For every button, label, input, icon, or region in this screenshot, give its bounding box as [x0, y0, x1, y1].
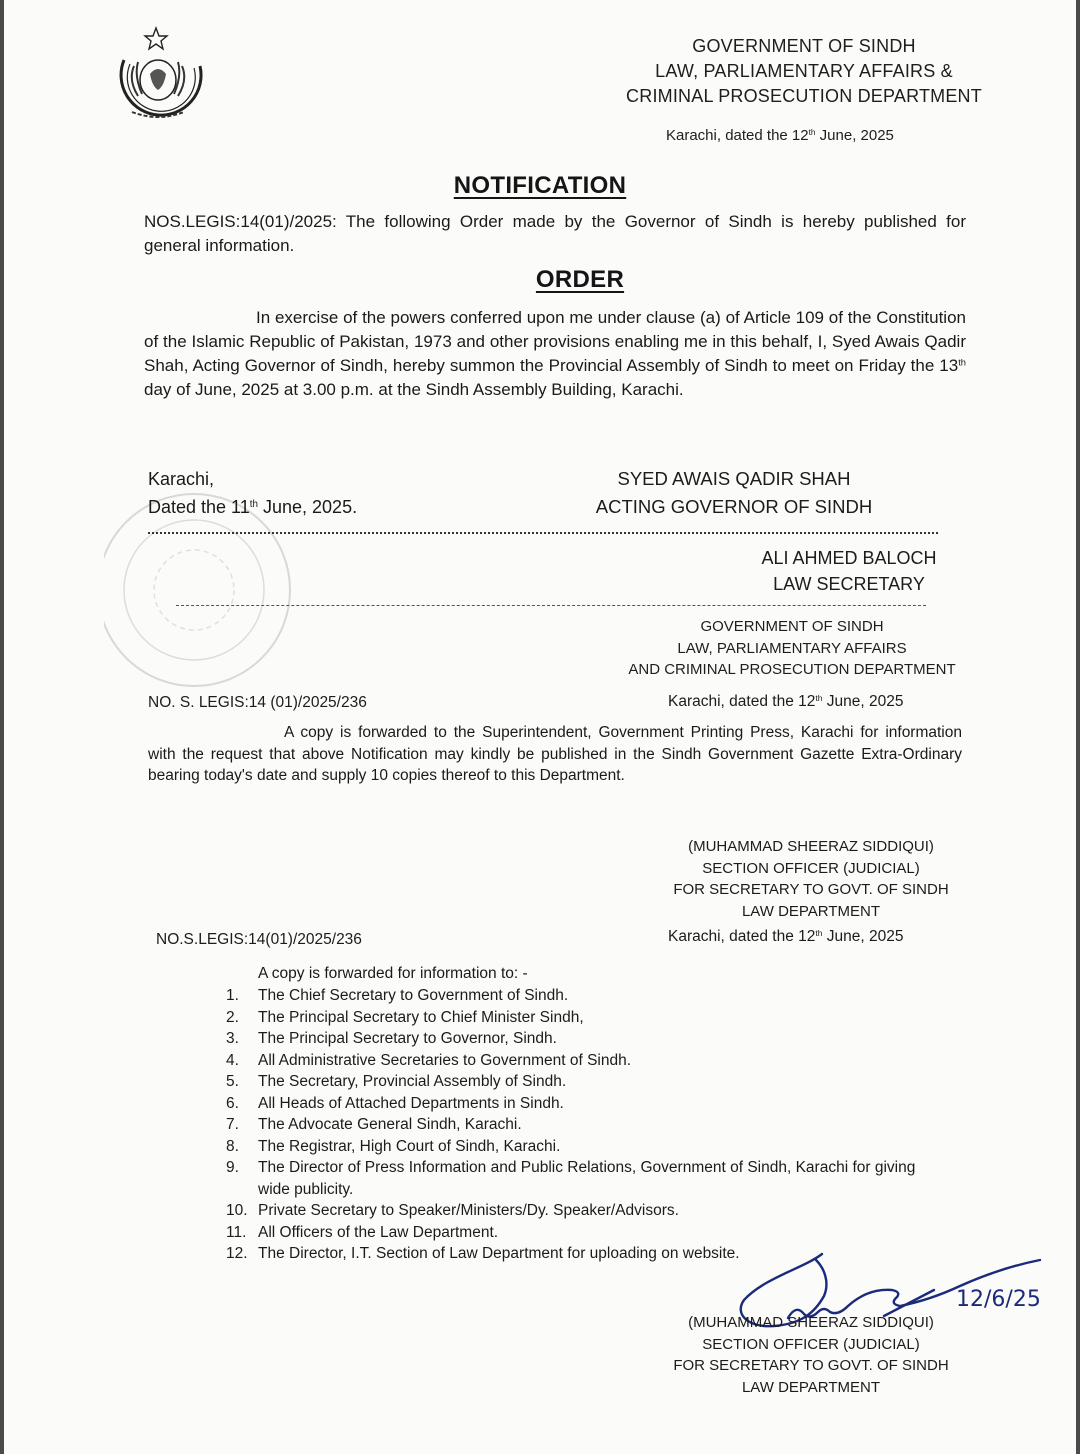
forwarding-2-ref-no: NO.S.LEGIS:14(01)/2025/236 [156, 931, 362, 949]
forwarding-1-dept: GOVERNMENT OF SINDH LAW, PARLIAMENTARY A… [604, 616, 980, 681]
governor-signature-block: SYED AWAIS QADIR SHAH ACTING GOVERNOR OF… [564, 465, 904, 521]
recipient-item: 2.The Principal Secretary to Chief Minis… [226, 1007, 946, 1029]
recipient-number: 4. [226, 1050, 239, 1072]
governor-date: Dated the 11th June, 2025. [148, 493, 357, 521]
recipient-text: The Director of Press Information and Pu… [258, 1159, 915, 1198]
document-page: GOVERNMENT OF SINDH LAW, PARLIAMENTARY A… [4, 0, 1076, 1454]
recipient-text: All Heads of Attached Departments in Sin… [258, 1095, 564, 1112]
signatory-title: SECTION OFFICER (JUDICIAL) [644, 1334, 978, 1356]
recipient-text: All Officers of the Law Department. [258, 1224, 498, 1241]
embossed-seal-stamp-icon [104, 490, 314, 700]
recipient-number: 10. [226, 1200, 248, 1222]
recipient-number: 11. [226, 1222, 246, 1244]
government-of-sindh-emblem-icon [104, 26, 214, 126]
recipient-item: 1.The Chief Secretary to Government of S… [226, 985, 946, 1007]
recipient-number: 2. [226, 1007, 239, 1029]
recipient-item: 5.The Secretary, Provincial Assembly of … [226, 1071, 946, 1093]
forwarding-1-signatory: (MUHAMMAD SHEERAZ SIDDIQUI) SECTION OFFI… [644, 836, 978, 922]
recipient-text: The Registrar, High Court of Sindh, Kara… [258, 1138, 560, 1155]
forwarding-1-paragraph: A copy is forwarded to the Superintenden… [148, 722, 962, 787]
order-paragraph: In exercise of the powers conferred upon… [144, 306, 966, 402]
recipient-number: 1. [226, 985, 239, 1007]
notification-title: NOTIFICATION [4, 172, 1076, 200]
signatory-dept: LAW DEPARTMENT [644, 901, 978, 923]
governor-title: ACTING GOVERNOR OF SINDH [564, 493, 904, 521]
recipient-number: 12. [226, 1243, 248, 1265]
secretary-name: ALI AHMED BALOCH [734, 545, 964, 571]
recipient-text: All Administrative Secretaries to Govern… [258, 1052, 631, 1069]
recipient-item: 10.Private Secretary to Speaker/Minister… [226, 1200, 946, 1222]
recipient-number: 8. [226, 1136, 239, 1158]
recipient-text: Private Secretary to Speaker/Ministers/D… [258, 1202, 679, 1219]
forwarding-1-ref-no: NO. S. LEGIS:14 (01)/2025/236 [148, 694, 367, 712]
governor-place-date: Karachi, Dated the 11th June, 2025. [148, 465, 357, 521]
secretary-title: LAW SECRETARY [734, 571, 964, 597]
signatory-for: FOR SECRETARY TO GOVT. OF SINDH [644, 1355, 978, 1377]
recipient-item: 7.The Advocate General Sindh, Karachi. [226, 1114, 946, 1136]
recipient-number: 7. [226, 1114, 239, 1136]
header-line-1: GOVERNMENT OF SINDH [594, 34, 1014, 59]
forwarding-1-dept-line-3: AND CRIMINAL PROSECUTION DEPARTMENT [604, 659, 980, 681]
recipient-number: 3. [226, 1028, 239, 1050]
secretary-signature-block: ALI AHMED BALOCH LAW SECRETARY [734, 545, 964, 597]
recipient-list: 1.The Chief Secretary to Government of S… [226, 985, 946, 1265]
recipient-number: 6. [226, 1093, 239, 1115]
header-line-3: CRIMINAL PROSECUTION DEPARTMENT [594, 84, 1014, 109]
governor-name: SYED AWAIS QADIR SHAH [564, 465, 904, 493]
forwarding-2-intro: A copy is forwarded for information to: … [258, 963, 528, 985]
dotted-divider [148, 532, 938, 534]
dashed-divider [176, 605, 926, 606]
recipient-item: 9.The Director of Press Information and … [226, 1157, 946, 1200]
department-header: GOVERNMENT OF SINDH LAW, PARLIAMENTARY A… [594, 34, 1014, 109]
recipient-number: 5. [226, 1071, 239, 1093]
recipient-item: 8.The Registrar, High Court of Sindh, Ka… [226, 1136, 946, 1158]
signatory-title: SECTION OFFICER (JUDICIAL) [644, 858, 978, 880]
governor-place: Karachi, [148, 465, 357, 493]
forwarding-1-dept-line-2: LAW, PARLIAMENTARY AFFAIRS [604, 638, 980, 660]
order-title: ORDER [4, 266, 1080, 294]
recipient-number: 9. [226, 1157, 239, 1179]
recipient-text: The Advocate General Sindh, Karachi. [258, 1116, 522, 1133]
recipient-text: The Secretary, Provincial Assembly of Si… [258, 1073, 566, 1090]
signatory-dept: LAW DEPARTMENT [644, 1377, 978, 1399]
forwarding-1-dept-line-1: GOVERNMENT OF SINDH [604, 616, 980, 638]
signatory-name: (MUHAMMAD SHEERAZ SIDDIQUI) [644, 836, 978, 858]
recipient-item: 4.All Administrative Secretaries to Gove… [226, 1050, 946, 1072]
header-date: Karachi, dated the 12th June, 2025 [666, 127, 894, 144]
header-line-2: LAW, PARLIAMENTARY AFFAIRS & [594, 59, 1014, 84]
recipient-item: 6.All Heads of Attached Departments in S… [226, 1093, 946, 1115]
forwarding-2-date: Karachi, dated the 12th June, 2025 [668, 928, 903, 946]
signatory-for: FOR SECRETARY TO GOVT. OF SINDH [644, 879, 978, 901]
recipient-text: The Chief Secretary to Government of Sin… [258, 987, 568, 1004]
forwarding-1-date: Karachi, dated the 12th June, 2025 [668, 693, 903, 711]
recipient-item: 3.The Principal Secretary to Governor, S… [226, 1028, 946, 1050]
recipient-text: The Director, I.T. Section of Law Depart… [258, 1245, 740, 1262]
signature-date-note: 12/6/25 [956, 1287, 1041, 1312]
notification-intro: NOS.LEGIS:14(01)/2025: The following Ord… [144, 210, 966, 258]
recipient-text: The Principal Secretary to Governor, Sin… [258, 1030, 557, 1047]
recipient-text: The Principal Secretary to Chief Ministe… [258, 1009, 584, 1026]
forwarding-2-signatory: (MUHAMMAD SHEERAZ SIDDIQUI) SECTION OFFI… [644, 1312, 978, 1398]
signatory-name: (MUHAMMAD SHEERAZ SIDDIQUI) [644, 1312, 978, 1334]
